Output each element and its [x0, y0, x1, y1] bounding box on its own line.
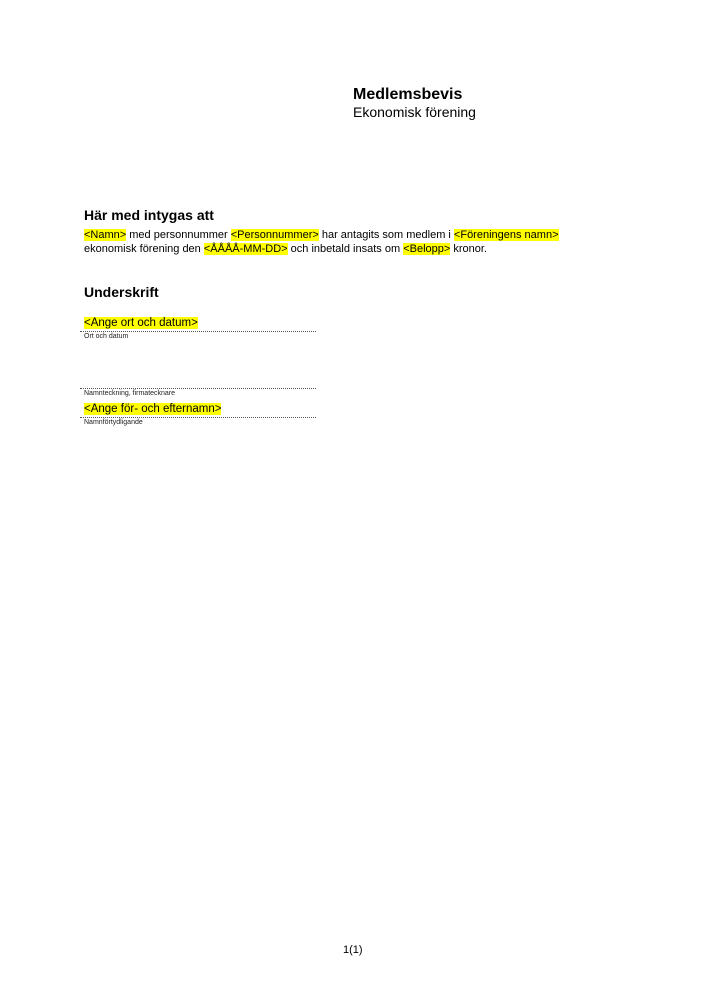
certification-heading: Här med intygas att — [84, 207, 214, 223]
personnummer-field[interactable]: <Personnummer> — [231, 229, 319, 241]
date-field[interactable]: <ÅÅÅÅ-MM-DD> — [204, 243, 288, 255]
document-subtitle: Ekonomisk förening — [353, 104, 476, 120]
signature-label: Namnteckning, firmatecknare — [84, 390, 175, 397]
name-clarification-line — [80, 405, 316, 418]
amount-field[interactable]: <Belopp> — [403, 243, 450, 255]
signature-line[interactable] — [80, 376, 316, 389]
text: kronor. — [450, 243, 487, 255]
text: med personnummer — [126, 229, 231, 241]
signature-heading: Underskrift — [84, 284, 159, 300]
place-date-line — [80, 319, 316, 332]
place-date-label: Ort och datum — [84, 333, 128, 340]
page-number: 1(1) — [343, 944, 363, 956]
name-clarification-label: Namnförtydligande — [84, 419, 143, 426]
text: och inbetald insats om — [288, 243, 404, 255]
document-title: Medlemsbevis — [353, 86, 462, 104]
name-field[interactable]: <Namn> — [84, 229, 126, 241]
certification-paragraph: <Namn> med personnummer <Personnummer> h… — [84, 228, 624, 256]
text: ekonomisk förening den — [84, 243, 204, 255]
text: har antagits som medlem i — [319, 229, 454, 241]
association-name-field[interactable]: <Föreningens namn> — [454, 229, 559, 241]
